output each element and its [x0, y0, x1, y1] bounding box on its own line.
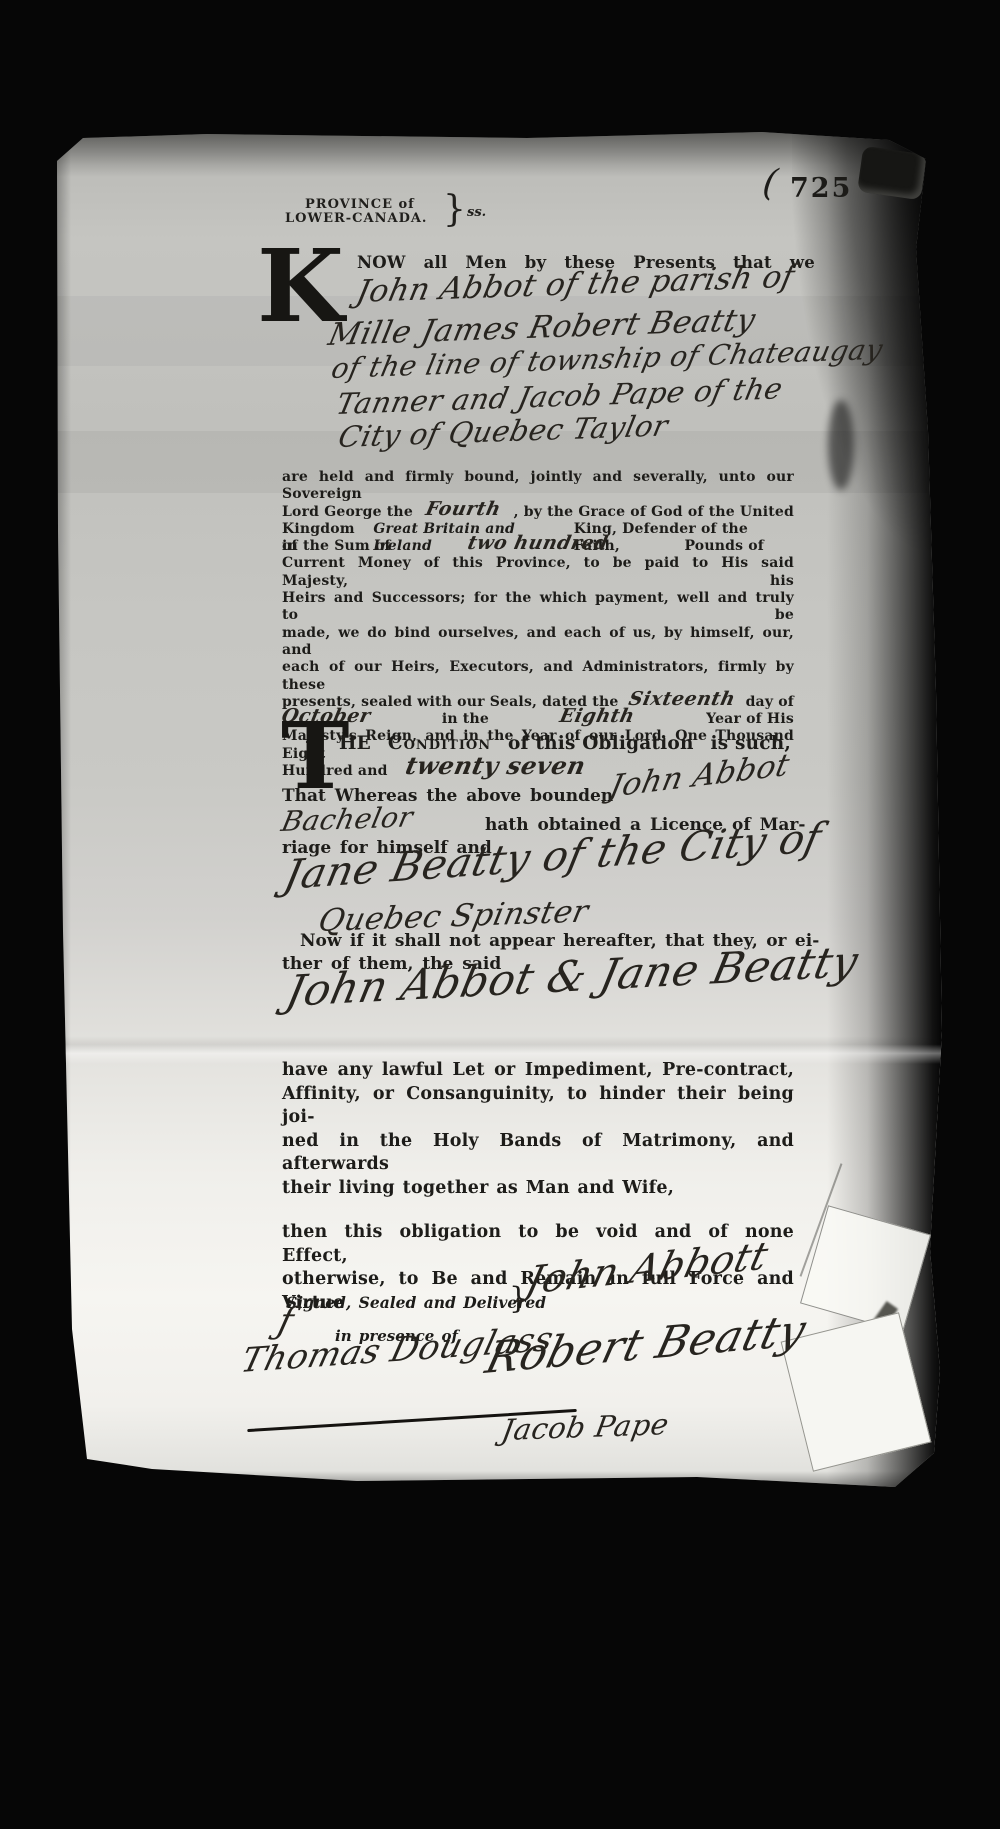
impediment-line-1: have any lawful Let or Impediment, Pre-c…	[282, 1059, 794, 1083]
condition-title-obligation: of this Obligation	[508, 733, 694, 754]
bond-line-7: made, we do bind ourselves, and each of …	[282, 625, 794, 660]
microfilm-scan-background: { "document": { "page_number": "725", "p…	[0, 0, 1000, 1829]
page-number: 725	[790, 173, 852, 204]
hw-groom-status: Bachelor	[278, 800, 416, 838]
bond-line-4-end: Pounds of	[684, 538, 764, 555]
bond-line-10: October in the Eighth Year of His	[282, 711, 794, 728]
impediment-line-4: their living together as Man and Wife,	[282, 1177, 794, 1201]
header-ss-label: ss.	[467, 205, 486, 220]
bond-line-2-end: , by the Grace of God of the United	[514, 504, 794, 521]
bond-line-4: in the Sum of two hundred Pounds of	[282, 538, 794, 555]
dropcap-K: K	[257, 247, 344, 325]
bond-line-10-end: Year of His	[706, 711, 794, 728]
edge-dark-blob	[828, 400, 854, 490]
bond-line-1: are held and firmly bound, jointly and s…	[282, 469, 794, 504]
bond-line-10-mid: in the	[442, 711, 489, 728]
signature-surety2: Jacob Pape	[499, 1407, 672, 1447]
condition-title-condition: Condition	[388, 733, 491, 754]
impediment-paragraph: have any lawful Let or Impediment, Pre-c…	[282, 1059, 794, 1200]
bond-line-6: Heirs and Successors; for the which paym…	[282, 590, 794, 625]
header-province: PROVINCE of	[305, 197, 415, 212]
condition-title-he: HE	[339, 733, 371, 754]
page-margin-mark: (	[760, 163, 780, 204]
dropcap-T: T	[281, 721, 349, 793]
bond-line-2: Lord George the Fourth , by the Grace of…	[282, 504, 794, 521]
bond-line-5: Current Money of this Province, to be pa…	[282, 555, 794, 590]
impediment-line-3: ned in the Holy Bands of Matrimony, and …	[282, 1130, 794, 1177]
dog-ear-fold	[857, 146, 927, 200]
signed-sealed-label: Signed, Sealed and Delivered	[286, 1293, 546, 1312]
paper-bottom-shade	[57, 1471, 942, 1487]
paper-left-shade	[57, 131, 71, 1487]
header-brace: }	[443, 189, 466, 230]
condition-title: HE Condition of this Obligation is such,	[339, 733, 791, 754]
bond-line-2-start: Lord George the	[282, 504, 413, 521]
document-paper: PROVINCE of LOWER-CANADA. } ss. ( 725 K …	[57, 131, 942, 1487]
signature-surety1: Robert Beatty	[481, 1305, 812, 1384]
bond-line-4-start: in the Sum of	[282, 538, 391, 555]
paper-top-shade	[57, 131, 942, 177]
presence-flourish: ƒ	[274, 1301, 298, 1342]
impediment-line-2: Affinity, or Consanguinity, to hinder th…	[282, 1083, 794, 1130]
bond-line-9-end: day of	[746, 694, 794, 711]
header-lower-canada: LOWER-CANADA.	[285, 211, 427, 226]
